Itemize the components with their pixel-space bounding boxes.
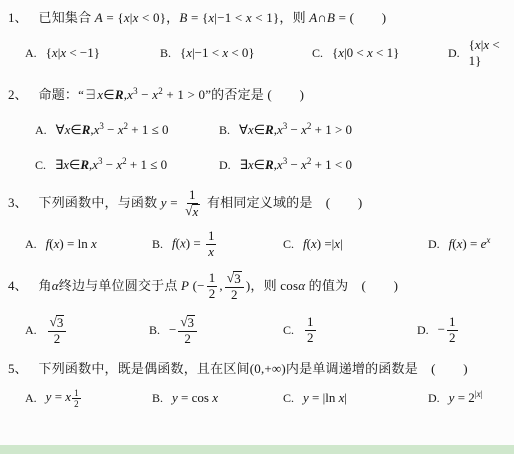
math-text: | bbox=[340, 236, 343, 251]
fraction: 1√x bbox=[183, 188, 201, 220]
fraction-denominator: √x bbox=[183, 204, 201, 220]
option-body: f(x) = ex bbox=[449, 236, 491, 252]
option-c: C.12 bbox=[283, 315, 417, 346]
option-body: ∀x∈R,x3 − x2 + 1 > 0 bbox=[239, 122, 352, 138]
option-a: A.f(x) = ln x bbox=[25, 234, 152, 254]
option-label: A. bbox=[25, 46, 37, 61]
math-text: 2 bbox=[231, 287, 238, 302]
math-text: ∃ bbox=[240, 157, 248, 172]
option-b: B.f(x) = 1x bbox=[152, 229, 283, 260]
option-b: B.−√32 bbox=[149, 315, 283, 347]
option-a: A.∀x∈R,x3 − x2 + 1 ≤ 0 bbox=[35, 120, 219, 140]
math-variable-bold: R bbox=[265, 122, 274, 137]
option-body: ∃x∈R,x3 − x2 + 1 ≤ 0 bbox=[55, 157, 167, 173]
fraction-numerator: 1 bbox=[72, 388, 81, 399]
option-body: f(x) = 1x bbox=[172, 229, 218, 260]
math-text: = { bbox=[103, 10, 124, 25]
fraction-denominator: 2 bbox=[207, 287, 218, 302]
option-body: −12 bbox=[438, 315, 460, 346]
fraction: 12 bbox=[447, 315, 458, 346]
math-text: + 1 ≤ 0 bbox=[127, 157, 167, 172]
option-label: D. bbox=[428, 237, 440, 252]
option-d: D.{x|x < 1} bbox=[448, 37, 512, 69]
math-text: 2 bbox=[209, 286, 216, 301]
math-text: 2 bbox=[307, 330, 314, 345]
math-variable-bold: R bbox=[80, 157, 89, 172]
math-text: − bbox=[287, 122, 301, 137]
math-text: 终边与单位圆交于点 bbox=[59, 278, 181, 293]
math-text: − bbox=[287, 157, 301, 172]
question-text: 下列函数中，既是偶函数，且在区间(0,+∞)内是单调递增的函数是 ( ) bbox=[39, 361, 468, 376]
math-text: ) = bbox=[186, 235, 204, 250]
option-row: A.√32B.−√32C.12D.−12 bbox=[8, 315, 512, 347]
math-text: − bbox=[103, 157, 117, 172]
question-stem: 3、下列函数中，与函数 y = 1√x 有相同定义域的是 ( ) bbox=[8, 188, 512, 220]
math-variable: x bbox=[486, 235, 490, 245]
math-variable: x bbox=[208, 244, 214, 259]
fraction-denominator: 2 bbox=[52, 332, 63, 347]
question-2: 2、命题：“∃x∈R,x3 − x2 + 1 > 0”的否定是 ( )A.∀x∈… bbox=[8, 84, 512, 175]
option-b: B.y = cos x bbox=[152, 388, 283, 408]
math-text: 2 bbox=[74, 399, 79, 409]
option-body: ∀x∈R,x3 − x2 + 1 ≤ 0 bbox=[56, 122, 169, 138]
math-text: | bbox=[481, 389, 483, 399]
question-text: 下列函数中，与函数 y = 1√x 有相同定义域的是 ( ) bbox=[39, 195, 363, 210]
option-body: 12 bbox=[303, 315, 318, 346]
fraction-numerator: 1 bbox=[447, 315, 458, 331]
math-text: )，则 cos bbox=[246, 278, 298, 293]
option-c: C.y = |ln x| bbox=[283, 388, 428, 408]
option-row: A.∀x∈R,x3 − x2 + 1 ≤ 0B.∀x∈R,x3 − x2 + 1… bbox=[8, 120, 512, 140]
option-body: √32 bbox=[46, 315, 69, 347]
math-text: 1 bbox=[189, 187, 196, 202]
math-text: 的值为 ( ) bbox=[305, 278, 398, 293]
option-row: A.{x|x < −1}B.{x|−1 < x < 0}C.{x|0 < x <… bbox=[8, 37, 512, 69]
math-text: (− bbox=[189, 278, 205, 293]
option-label: C. bbox=[283, 391, 294, 406]
math-text: ) = ln bbox=[59, 236, 91, 251]
math-text: + 1 < 0 bbox=[311, 157, 352, 172]
math-text: 有相同定义域的是 ( ) bbox=[204, 195, 363, 210]
option-d: D.f(x) = ex bbox=[428, 234, 512, 254]
question-number: 5、 bbox=[8, 361, 28, 376]
fraction-denominator: 2 bbox=[447, 331, 458, 346]
option-row: A.f(x) = ln xB.f(x) = 1xC.f(x) =|x|D.f(x… bbox=[8, 229, 512, 260]
math-variable: B bbox=[327, 10, 335, 25]
math-text: − bbox=[169, 322, 176, 337]
option-d: D.∃x∈R,x3 − x2 + 1 < 0 bbox=[219, 155, 512, 175]
math-text: 角 bbox=[39, 278, 52, 293]
math-text: ∩ bbox=[317, 10, 327, 25]
fraction-denominator: 2 bbox=[72, 399, 81, 409]
math-text: 2 bbox=[54, 331, 61, 346]
fraction-numerator: 1 bbox=[187, 188, 198, 204]
math-text: < 1} bbox=[373, 45, 400, 60]
math-text: = |ln bbox=[309, 390, 339, 405]
math-text: ∀ bbox=[56, 122, 65, 137]
math-variable-bold: R bbox=[115, 87, 124, 102]
option-d: D.y = 2|x| bbox=[428, 388, 512, 408]
option-label: D. bbox=[448, 46, 460, 61]
fraction: 12 bbox=[305, 315, 316, 346]
question-text: 角α终边与单位圆交于点 P (−12,√32)，则 cosα 的值为 ( ) bbox=[39, 278, 399, 293]
question-number: 1、 bbox=[8, 10, 28, 25]
fraction: √32 bbox=[48, 315, 67, 347]
option-b: B.{x|−1 < x < 0} bbox=[160, 43, 312, 63]
option-c: C.f(x) =|x| bbox=[283, 234, 428, 254]
math-text: 命题：“∃ bbox=[39, 87, 98, 102]
math-text: < −1} bbox=[66, 45, 100, 60]
math-text: 1 bbox=[208, 228, 215, 243]
radicand: x bbox=[192, 204, 200, 220]
math-text: = bbox=[167, 195, 181, 210]
math-variable: x bbox=[212, 390, 218, 405]
math-text: − bbox=[138, 87, 152, 102]
option-body: y = cos x bbox=[172, 390, 218, 406]
question-3: 3、下列函数中，与函数 y = 1√x 有相同定义域的是 ( )A.f(x) =… bbox=[8, 188, 512, 260]
superscript: 12 bbox=[71, 388, 82, 410]
option-row: A.y = x12B.y = cos xC.y = |ln x|D.y = 2|… bbox=[8, 388, 512, 410]
math-text: 已知集合 bbox=[39, 10, 95, 25]
sqrt-radical: √3 bbox=[50, 315, 65, 331]
fraction-numerator: √3 bbox=[225, 271, 244, 288]
math-text: + 1 > 0 bbox=[311, 122, 352, 137]
question-stem: 4、角α终边与单位圆交于点 P (−12,√32)，则 cosα 的值为 ( ) bbox=[8, 271, 512, 303]
math-variable: x bbox=[193, 204, 199, 219]
question-stem: 1、已知集合 A = {x|x < 0}，B = {x|−1 < x < 1}，… bbox=[8, 7, 512, 28]
option-label: C. bbox=[283, 323, 294, 338]
math-text: 3 bbox=[234, 271, 241, 286]
question-5: 5、下列函数中，既是偶函数，且在区间(0,+∞)内是单调递增的函数是 ( )A.… bbox=[8, 358, 512, 410]
footer-highlight-bar bbox=[0, 445, 514, 454]
math-text: < 0} bbox=[228, 45, 255, 60]
option-b: B.∀x∈R,x3 − x2 + 1 > 0 bbox=[219, 120, 512, 140]
worksheet-page: 1、已知集合 A = {x|x < 0}，B = {x|−1 < x < 1}，… bbox=[0, 0, 514, 454]
math-text: ∃ bbox=[55, 157, 63, 172]
question-text: 已知集合 A = {x|x < 0}，B = {x|−1 < x < 1}，则 … bbox=[39, 10, 387, 25]
math-text: = 2 bbox=[454, 390, 474, 405]
math-variable-bold: R bbox=[265, 157, 274, 172]
fraction-numerator: 1 bbox=[207, 271, 218, 287]
option-label: B. bbox=[149, 323, 160, 338]
fraction: 12 bbox=[207, 271, 218, 302]
math-text: 3 bbox=[57, 315, 64, 330]
option-label: C. bbox=[312, 46, 323, 61]
math-text: , bbox=[219, 278, 222, 293]
math-text: 3 bbox=[188, 315, 195, 330]
question-number: 4、 bbox=[8, 278, 28, 293]
math-text: 1 bbox=[449, 314, 456, 329]
option-body: {x|x < −1} bbox=[46, 45, 100, 61]
math-text: < 0}， bbox=[139, 10, 180, 25]
option-row: C.∃x∈R,x3 − x2 + 1 ≤ 0D.∃x∈R,x3 − x2 + 1… bbox=[8, 155, 512, 175]
math-text: 2 bbox=[184, 331, 191, 346]
math-text: ) = bbox=[462, 236, 480, 251]
option-label: A. bbox=[35, 123, 47, 138]
radicand: 3 bbox=[56, 315, 65, 331]
math-text: < 1}，则 bbox=[252, 10, 309, 25]
superscript: |x| bbox=[475, 390, 483, 399]
option-body: {x|−1 < x < 0} bbox=[180, 45, 255, 61]
option-label: D. bbox=[219, 158, 231, 173]
math-text: |−1 < bbox=[192, 45, 222, 60]
option-body: {x|x < 1} bbox=[469, 37, 512, 69]
math-text: ∀ bbox=[239, 122, 248, 137]
option-label: C. bbox=[35, 158, 46, 173]
math-text: = cos bbox=[178, 390, 212, 405]
option-body: −√32 bbox=[169, 315, 199, 347]
math-variable: B bbox=[179, 10, 187, 25]
math-text: 1 bbox=[209, 270, 216, 285]
math-variable: P bbox=[181, 278, 189, 293]
math-text: − bbox=[104, 122, 118, 137]
math-text: ∈ bbox=[254, 122, 265, 137]
fraction-numerator: √3 bbox=[48, 315, 67, 332]
math-text: = bbox=[51, 389, 65, 404]
math-text: 下列函数中，与函数 bbox=[39, 195, 161, 210]
math-text: ∈ bbox=[103, 87, 115, 102]
radicand: 3 bbox=[187, 315, 196, 331]
option-d: D.−12 bbox=[417, 315, 512, 346]
option-label: A. bbox=[25, 237, 37, 252]
fraction-denominator: 2 bbox=[182, 332, 193, 347]
math-text: + 1 ≤ 0 bbox=[128, 122, 168, 137]
sqrt-radical: √x bbox=[185, 204, 199, 220]
math-text: 1 bbox=[307, 314, 314, 329]
option-label: B. bbox=[219, 123, 230, 138]
option-label: B. bbox=[160, 46, 171, 61]
question-number: 2、 bbox=[8, 87, 28, 102]
option-label: C. bbox=[283, 237, 294, 252]
fraction: √32 bbox=[225, 271, 244, 303]
option-a: A.√32 bbox=[25, 315, 149, 347]
question-list: 1、已知集合 A = {x|x < 0}，B = {x|−1 < x < 1}，… bbox=[0, 0, 514, 409]
question-1: 1、已知集合 A = {x|x < 0}，B = {x|−1 < x < 1}，… bbox=[8, 7, 512, 69]
question-stem: 2、命题：“∃x∈R,x3 − x2 + 1 > 0”的否定是 ( ) bbox=[8, 84, 512, 105]
option-label: A. bbox=[25, 323, 37, 338]
math-variable: x bbox=[91, 236, 97, 251]
math-variable: α bbox=[52, 278, 59, 293]
option-body: y = x12 bbox=[46, 388, 82, 410]
option-body: ∃x∈R,x3 − x2 + 1 < 0 bbox=[240, 157, 352, 173]
math-text: ∈ bbox=[69, 157, 80, 172]
fraction-denominator: x bbox=[206, 245, 216, 260]
option-body: y = |ln x| bbox=[303, 390, 347, 406]
fraction-denominator: 2 bbox=[229, 288, 240, 303]
option-label: B. bbox=[152, 391, 163, 406]
math-text: |−1 < bbox=[214, 10, 245, 25]
math-text: ) =| bbox=[317, 236, 335, 251]
fraction-denominator: 2 bbox=[305, 331, 316, 346]
option-c: C.∃x∈R,x3 − x2 + 1 ≤ 0 bbox=[35, 155, 219, 175]
option-a: A.{x|x < −1} bbox=[25, 43, 160, 63]
option-a: A.y = x12 bbox=[25, 388, 152, 410]
fraction: 12 bbox=[72, 388, 81, 410]
fraction-numerator: 1 bbox=[305, 315, 316, 331]
math-text: ∈ bbox=[70, 122, 81, 137]
option-body: {x|0 < x < 1} bbox=[332, 45, 399, 61]
question-4: 4、角α终边与单位圆交于点 P (−12,√32)，则 cosα 的值为 ( )… bbox=[8, 271, 512, 347]
fraction: 1x bbox=[206, 229, 217, 260]
option-label: B. bbox=[152, 237, 163, 252]
math-text: = ( ) bbox=[335, 10, 386, 25]
fraction-numerator: 1 bbox=[206, 229, 217, 245]
radicand: 3 bbox=[233, 271, 242, 287]
superscript: x bbox=[486, 236, 490, 245]
option-c: C.{x|0 < x < 1} bbox=[312, 43, 448, 63]
option-body: f(x) = ln x bbox=[46, 236, 97, 252]
math-text: + 1 > 0”的否定是 ( ) bbox=[163, 87, 304, 102]
math-text: |0 < bbox=[344, 45, 367, 60]
question-stem: 5、下列函数中，既是偶函数，且在区间(0,+∞)内是单调递增的函数是 ( ) bbox=[8, 358, 512, 379]
math-text: − bbox=[438, 322, 445, 337]
question-number: 3、 bbox=[8, 195, 28, 210]
math-text: | bbox=[344, 390, 347, 405]
fraction-numerator: √3 bbox=[178, 315, 197, 332]
math-variable: A bbox=[95, 10, 103, 25]
option-label: D. bbox=[417, 323, 429, 338]
option-body: y = 2|x| bbox=[449, 390, 483, 406]
math-text: ∈ bbox=[254, 157, 265, 172]
fraction: √32 bbox=[178, 315, 197, 347]
math-text: = { bbox=[188, 10, 209, 25]
sqrt-radical: √3 bbox=[180, 315, 195, 331]
sqrt-radical: √3 bbox=[227, 271, 242, 287]
math-text: 1 bbox=[74, 388, 79, 398]
question-text: 命题：“∃x∈R,x3 − x2 + 1 > 0”的否定是 ( ) bbox=[39, 87, 305, 102]
math-text: 下列函数中，既是偶函数，且在区间(0,+∞)内是单调递增的函数是 ( ) bbox=[39, 361, 468, 376]
option-label: A. bbox=[25, 391, 37, 406]
option-body: f(x) =|x| bbox=[303, 236, 343, 252]
option-label: D. bbox=[428, 391, 440, 406]
math-text: 2 bbox=[449, 330, 456, 345]
